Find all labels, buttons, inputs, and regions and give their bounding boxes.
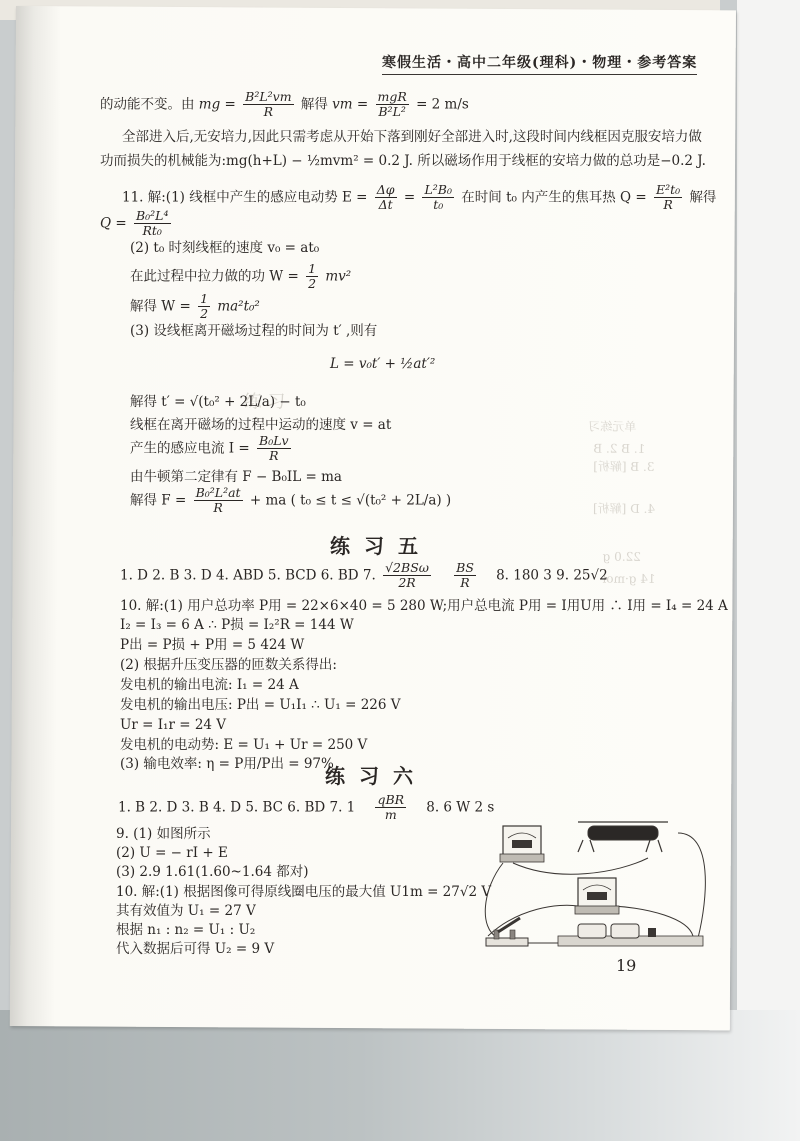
scanner-margin	[737, 0, 800, 1010]
fraction: qBRm	[375, 793, 406, 823]
fraction: mgRB²L²	[376, 90, 409, 120]
fraction: 12	[198, 292, 210, 322]
text: 解得 W =	[130, 298, 191, 314]
numerator: √2BSω	[383, 561, 431, 576]
page-number: 19	[616, 956, 636, 975]
solution-line: 的动能不变。由 mg = B²L²vmR 解得 vm = mgRB²L² = 2…	[100, 90, 469, 120]
ammeter-icon	[575, 878, 619, 914]
denominator: B²L²	[376, 105, 409, 119]
bleed-through-text: 3. B [解析]	[593, 458, 654, 475]
text: 解得	[301, 96, 328, 112]
solution-line: (2) t₀ 时刻线框的速度 v₀ = at₀	[130, 240, 319, 256]
text: 在时间 t₀ 内产生的焦耳热 Q =	[461, 189, 646, 205]
denominator: 2	[306, 277, 318, 291]
denominator: Rt₀	[134, 224, 171, 238]
solution-line: Ur = I₁r = 24 V	[120, 717, 226, 733]
solution-line: P出 = P损 + P用 = 5 424 W	[120, 637, 304, 653]
bleed-through-text: 单元练习	[588, 418, 636, 435]
solution-line: 发电机的电动势: E = U₁ + Ur = 250 V	[120, 737, 367, 753]
equation: vm =	[332, 96, 368, 112]
fraction: E²t₀R	[654, 183, 682, 213]
fraction: B²L²vmR	[243, 90, 293, 120]
centered-equation: L = v₀t′ + ½at′²	[330, 356, 435, 372]
voltmeter-icon	[500, 826, 544, 862]
answers-line: 1. D 2. B 3. D 4. ABD 5. BCD 6. BD 7. √2…	[120, 561, 608, 591]
numerator: Δφ	[375, 183, 397, 198]
solution-line: 解得 F = B₀²L²atR + ma ( t₀ ≤ t ≤ √(t₀² + …	[130, 486, 451, 516]
solution-line: (3) 设线框离开磁场过程的时间为 t′ ,则有	[130, 323, 377, 339]
solution-line: 解得 t′ = √(t₀² + 2L/a) − t₀	[130, 394, 306, 410]
solution-line: 解得 W = 12 ma²t₀²	[130, 292, 260, 322]
solution-line: 发电机的输出电压: P出 = U₁I₁ ∴ U₁ = 226 V	[120, 697, 401, 713]
solution-line: (2) 根据升压变压器的匝数关系得出:	[120, 657, 337, 673]
circuit-diagram	[478, 808, 728, 958]
solution-line: 其有效值为 U₁ = 27 V	[116, 903, 256, 919]
numerator: 1	[198, 292, 210, 307]
solution-line: 11. 解:(1) 线框中产生的感应电动势 E = ΔφΔt = L²B₀t₀ …	[122, 183, 716, 213]
numerator: L²B₀	[422, 183, 454, 198]
denominator: R	[654, 198, 682, 212]
fraction: B₀²L²atR	[194, 486, 243, 516]
numerator: E²t₀	[654, 183, 682, 198]
equation: ma²t₀²	[217, 298, 260, 314]
answers-line: 1. B 2. D 3. B 4. D 5. BC 6. BD 7. 1 qBR…	[118, 793, 494, 823]
numerator: B₀²L²at	[194, 486, 243, 501]
solution-line: Q = B₀²L⁴Rt₀	[100, 209, 174, 239]
numerator: mgR	[376, 90, 409, 105]
denominator: Δt	[375, 198, 397, 212]
denominator: m	[375, 808, 406, 822]
text: 解得	[689, 189, 716, 205]
solution-line: 9. (1) 如图所示	[116, 826, 211, 842]
solution-line: 由牛顿第二定律有 F − B₀IL = ma	[130, 469, 342, 485]
numerator: B²L²vm	[243, 90, 293, 105]
solution-line: 全部进入后,无安培力,因此只需考虑从开始下落到刚好全部进入时,这段时间内线框因克…	[122, 129, 702, 145]
numerator: 1	[306, 262, 318, 277]
denominator: 2R	[383, 576, 431, 590]
bleed-through-text: 22.0 g	[603, 550, 641, 564]
denominator: R	[257, 449, 291, 463]
fraction: ΔφΔt	[375, 183, 397, 213]
bleed-through-text: 1. B 2. B	[593, 442, 645, 456]
equation: mg =	[199, 96, 236, 112]
text: 的动能不变。由	[100, 96, 195, 112]
solution-line: 代入数据后可得 U₂ = 9 V	[116, 941, 274, 957]
running-header: 寒假生活・高中二年级(理科)・物理・参考答案	[382, 52, 697, 75]
solution-line: 在此过程中拉力做的功 W = 12 mv²	[130, 262, 351, 292]
rheostat-icon	[578, 822, 668, 852]
numerator: BS	[454, 561, 476, 576]
denominator: R	[194, 501, 243, 515]
solution-line: 发电机的输出电流: I₁ = 24 A	[120, 677, 299, 693]
solution-line: 10. 解:(1) 根据图像可得原线圈电压的最大值 U1m = 27√2 V	[116, 884, 491, 900]
denominator: 2	[198, 307, 210, 321]
equation: mv²	[325, 268, 351, 284]
text: 在此过程中拉力做的功 W =	[130, 268, 299, 284]
fraction: √2BSω2R	[383, 561, 431, 591]
fraction: BSR	[454, 561, 476, 591]
denominator: R	[243, 105, 293, 119]
solution-line: 10. 解:(1) 用户总功率 P用 = 22×6×40 = 5 280 W;用…	[120, 598, 728, 614]
wire	[485, 863, 503, 938]
numerator: B₀Lv	[257, 434, 291, 449]
battery-icon	[558, 924, 703, 946]
text: = 2 m/s	[416, 96, 469, 112]
solution-line: 线框在离开磁场的过程中运动的速度 v = at	[130, 417, 391, 433]
solution-line: (3) 输电效率: η = P用/P出 = 97%	[120, 756, 334, 772]
fraction: 12	[306, 262, 318, 292]
equation: Q =	[100, 215, 127, 231]
text: 1. B 2. D 3. B 4. D 5. BC 6. BD 7. 1	[118, 799, 355, 815]
wire	[678, 833, 705, 938]
text: 11. 解:(1) 线框中产生的感应电动势 E =	[122, 189, 367, 205]
solution-line: (2) U = − rI + E	[116, 845, 228, 861]
numerator: qBR	[375, 793, 406, 808]
denominator: R	[454, 576, 476, 590]
solution-line: 产生的感应电流 I = B₀LvR	[130, 434, 294, 464]
bleed-through-text: 4. D [解析]	[593, 500, 655, 517]
solution-line: 功而损失的机械能为:mg(h+L) − ½mvm² = 0.2 J. 所以磁场作…	[100, 153, 706, 169]
denominator: t₀	[422, 198, 454, 212]
text: =	[404, 189, 415, 205]
text: + ma ( t₀ ≤ t ≤ √(t₀² + 2L/a) )	[250, 492, 451, 508]
solution-line: (3) 2.9 1.61(1.60~1.64 都对)	[116, 864, 309, 880]
text: 解得 F =	[130, 492, 186, 508]
solution-line: 根据 n₁ : n₂ = U₁ : U₂	[116, 922, 255, 938]
section-title: 练习五	[330, 530, 432, 559]
text: 1. D 2. B 3. D 4. ABD 5. BCD 6. BD 7.	[120, 567, 376, 583]
bleed-through-text: 14 g·mol	[602, 572, 655, 586]
solution-line: I₂ = I₃ = 6 A ∴ P损 = I₂²R = 144 W	[120, 617, 354, 633]
text: 8. 180 3 9. 25√2	[496, 567, 608, 583]
numerator: B₀²L⁴	[134, 209, 171, 224]
fraction: L²B₀t₀	[422, 183, 454, 213]
section-title: 练习六	[325, 760, 427, 789]
text: 产生的感应电流 I =	[130, 440, 250, 456]
fraction: B₀LvR	[257, 434, 291, 464]
fraction: B₀²L⁴Rt₀	[134, 209, 171, 239]
